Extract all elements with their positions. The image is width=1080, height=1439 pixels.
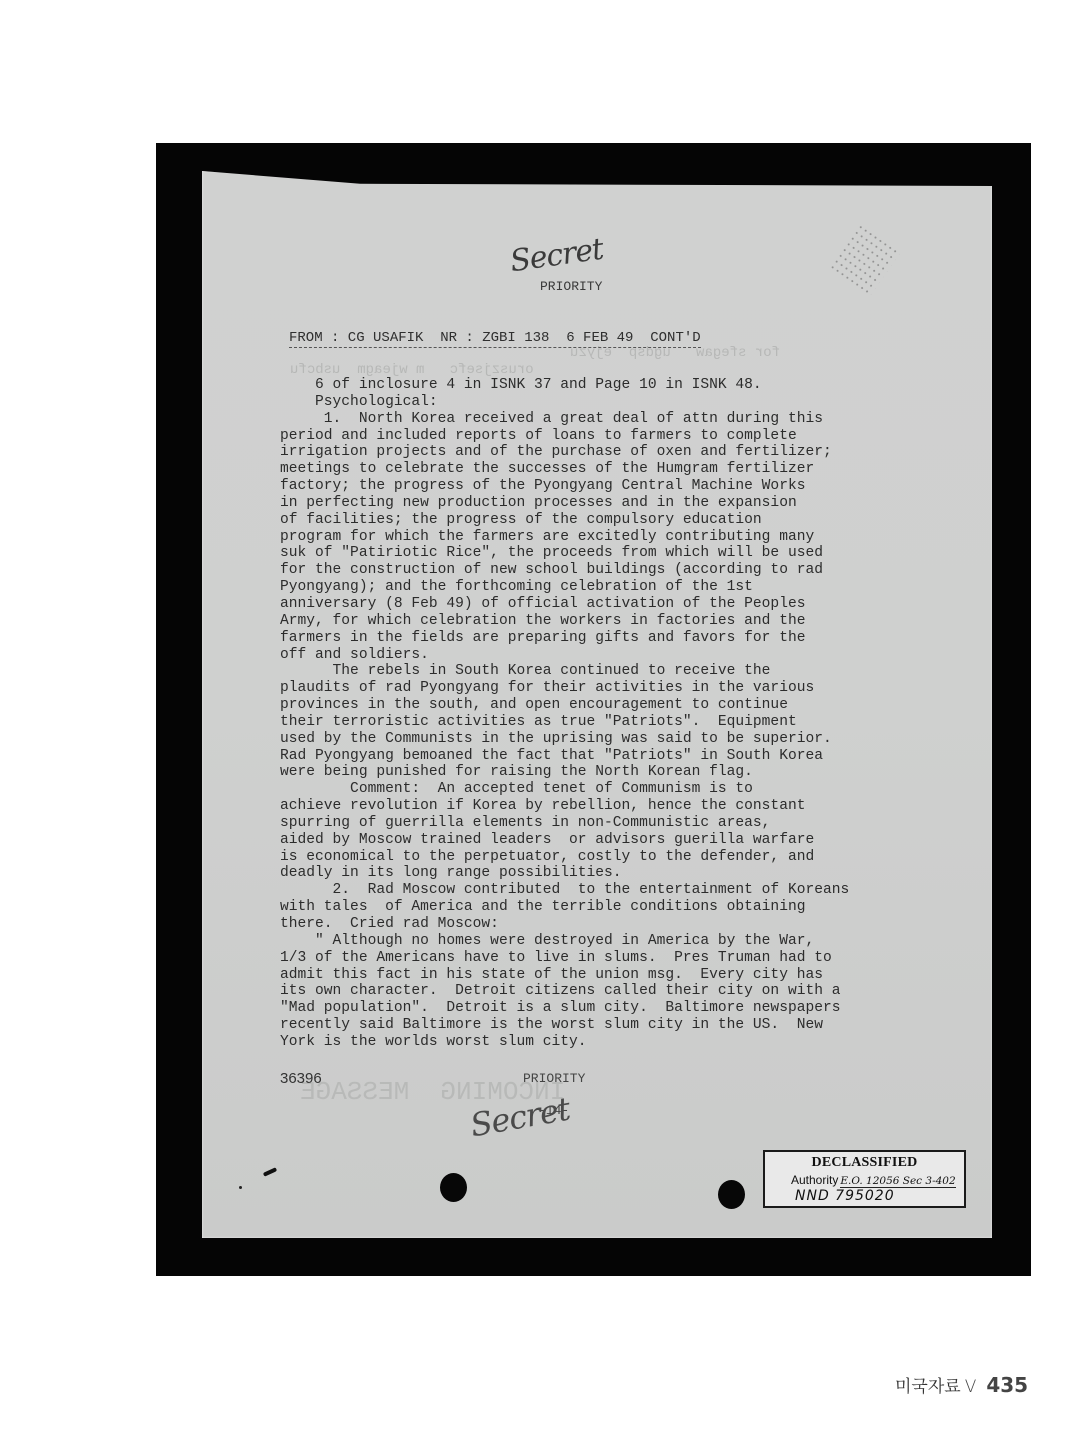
punch-hole-right [718, 1180, 745, 1209]
message-body-line: there. Cried rad Moscow: [280, 916, 960, 933]
message-body-line: program for which the farmers are excite… [280, 529, 960, 546]
message-body-line: in perfecting new production processes a… [280, 495, 960, 512]
message-body: 6 of inclosure 4 in ISNK 37 and Page 10 … [280, 377, 960, 1051]
message-body-line: of facilities; the progress of the compu… [280, 512, 960, 529]
message-body-line: with tales of America and the terrible c… [280, 899, 960, 916]
message-body-line: York is the worlds worst slum city. [280, 1034, 960, 1051]
message-body-line: farmers in the fields are preparing gift… [280, 630, 960, 647]
stamp-title: DECLASSIFIED [765, 1155, 964, 1171]
message-body-line: its own character. Detroit citizens call… [280, 983, 960, 1000]
bleed-through-text: oruszjsefc m wjeagm usbcfu [290, 362, 534, 378]
message-body-line: is economical to the perpetuator, costly… [280, 849, 960, 866]
priority-label-bottom: PRIORITY [523, 1071, 585, 1086]
message-body-line: Pyongyang); and the forthcoming celebrat… [280, 579, 960, 596]
message-body-line: factory; the progress of the Pyongyang C… [280, 478, 960, 495]
message-body-line: deadly in its long range possibilities. [280, 865, 960, 882]
message-body-line: meetings to celebrate the successes of t… [280, 461, 960, 478]
declassified-stamp: DECLASSIFIED AuthorityE.O. 12056 Sec 3-4… [763, 1150, 966, 1208]
message-body-line: anniversary (8 Feb 49) of official activ… [280, 596, 960, 613]
message-body-line: their terroristic activities as true "Pa… [280, 714, 960, 731]
message-body-line: were being punished for raising the Nort… [280, 764, 960, 781]
message-body-line: spurring of guerrilla elements in non-Co… [280, 815, 960, 832]
message-body-line: irrigation projects and of the purchase … [280, 444, 960, 461]
message-body-line: 2. Rad Moscow contributed to the enterta… [280, 882, 960, 899]
message-body-line: " Although no homes were destroyed in Am… [280, 933, 960, 950]
stamp-authority-label: Authority [791, 1173, 838, 1187]
message-body-line: 6 of inclosure 4 in ISNK 37 and Page 10 … [280, 377, 960, 394]
message-body-line: off and soldiers. [280, 647, 960, 664]
message-body-line: Army, for which celebration the workers … [280, 613, 960, 630]
message-body-line: recently said Baltimore is the worst slu… [280, 1017, 960, 1034]
message-body-line: suk of "Patiriotic Rice", the proceeds f… [280, 545, 960, 562]
punch-hole-left [440, 1173, 467, 1202]
message-body-line: admit this fact in his state of the unio… [280, 967, 960, 984]
message-body-line: The rebels in South Korea continued to r… [280, 663, 960, 680]
message-body-line: "Mad population". Detroit is a slum city… [280, 1000, 960, 1017]
message-body-line: Rad Pyongyang bemoaned the fact that "Pa… [280, 748, 960, 765]
book-page-number: 435 [986, 1373, 1028, 1397]
book-section-title: 미국자료 [895, 1377, 961, 1397]
priority-label-top: PRIORITY [540, 279, 602, 294]
message-body-line: Psychological: [280, 394, 960, 411]
scan-speck [239, 1186, 242, 1189]
message-header: FROM : CG USAFIK NR : ZGBI 138 6 FEB 49 … [289, 330, 701, 348]
stamp-authority-value: E.O. 12056 Sec 3-402 [840, 1175, 955, 1188]
stamp-authority: AuthorityE.O. 12056 Sec 3-402 [791, 1173, 956, 1187]
message-body-line: plaudits of rad Pyongyang for their acti… [280, 680, 960, 697]
message-body-line: 1/3 of the Americans have to live in slu… [280, 950, 960, 967]
message-body-line: used by the Communists in the uprising w… [280, 731, 960, 748]
book-page-footer: 미국자료V435 [895, 1372, 1028, 1397]
stamp-nnd-number: NND 795020 [795, 1188, 895, 1204]
message-body-line: for the construction of new school build… [280, 562, 960, 579]
book-volume: V [965, 1377, 977, 1397]
message-body-line: provinces in the south, and open encoura… [280, 697, 960, 714]
message-body-line: period and included reports of loans to … [280, 428, 960, 445]
message-body-line: Comment: An accepted tenet of Communism … [280, 781, 960, 798]
message-body-line: aided by Moscow trained leaders or advis… [280, 832, 960, 849]
message-number: 36396 [280, 1070, 322, 1087]
message-body-line: 1. North Korea received a great deal of … [280, 411, 960, 428]
message-body-line: achieve revolution if Korea by rebellion… [280, 798, 960, 815]
